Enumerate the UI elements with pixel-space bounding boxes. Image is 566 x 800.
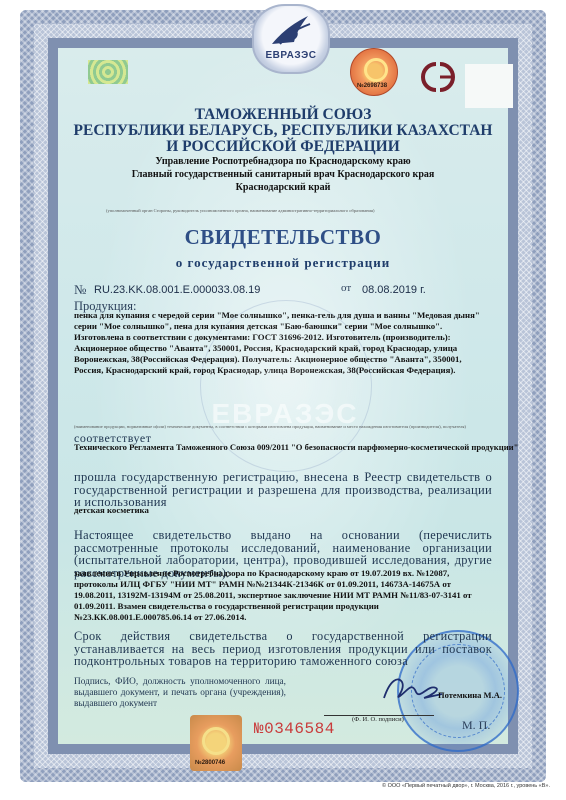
certificate-date-label: от — [341, 282, 351, 294]
seal-placement-label: М. П. — [462, 718, 490, 733]
header-line-2: РЕСПУБЛИКИ БЕЛАРУСЬ, РЕСПУБЛИКИ КАЗАХСТА… — [60, 122, 506, 139]
document-title: СВИДЕТЕЛЬСТВО — [60, 225, 506, 250]
eurasec-emblem: ЕВРАЗЭС — [252, 4, 330, 74]
holographic-corner — [88, 60, 128, 84]
product-caption: (наименование продукции, нормативные и(и… — [74, 424, 494, 429]
conformity-icon — [202, 727, 230, 755]
signatory-name: Потемкина М.А. — [438, 690, 502, 700]
authority-line-1: Управление Роспотребнадзора по Краснодар… — [60, 155, 506, 168]
header-line-3: И РОССИЙСКОЙ ФЕДЕРАЦИИ — [60, 138, 506, 155]
conformity-mark-icon — [416, 58, 462, 96]
hologram-number: №2800746 — [195, 760, 225, 766]
header-line-1: ТАМОЖЕННЫЙ СОЮЗ — [60, 106, 506, 123]
authority-line-3: Краснодарский край — [60, 181, 506, 194]
hologram-sticker-top: №2698738 — [350, 48, 398, 96]
registration-statement: прошла государственную регистрацию, внес… — [74, 471, 492, 509]
certificate-number-label: № — [74, 282, 86, 298]
signature-caption: (Ф. И. О. подписи) — [352, 716, 404, 723]
document-subtitle: о государственной регистрации — [60, 255, 506, 271]
basis-documents: заявление в Управление Роспотребнадзора … — [74, 568, 490, 623]
certificate-number: RU.23.KK.08.001.E.000033.08.19 — [94, 284, 260, 296]
authority-caption: (уполномоченный орган Стороны, руководит… — [106, 208, 468, 213]
emblem-label: ЕВРАЗЭС — [254, 50, 328, 61]
product-category: детская косметика — [74, 505, 149, 516]
conformity-icon — [364, 58, 388, 82]
certificate-date: 08.08.2019 г. — [362, 284, 426, 296]
conformity-regulation: Технического Регламента Таможенного Союз… — [74, 442, 504, 453]
authority-line-2: Главный государственный санитарный врач … — [60, 168, 506, 181]
printer-footer: © ООО «Первый печатный двор», г. Москва,… — [382, 783, 550, 789]
blank-field — [465, 64, 513, 108]
signature-label: Подпись, ФИО, должность уполномоченного … — [74, 677, 286, 710]
hologram-number: №2698738 — [357, 83, 387, 89]
form-serial-number: №0346584 — [254, 720, 335, 738]
eurasec-bird-icon — [268, 14, 314, 50]
signature-scribble-icon — [380, 672, 444, 706]
validity-statement: Срок действия свидетельства о государств… — [74, 630, 492, 668]
hologram-sticker-bottom: №2800746 — [190, 715, 242, 771]
